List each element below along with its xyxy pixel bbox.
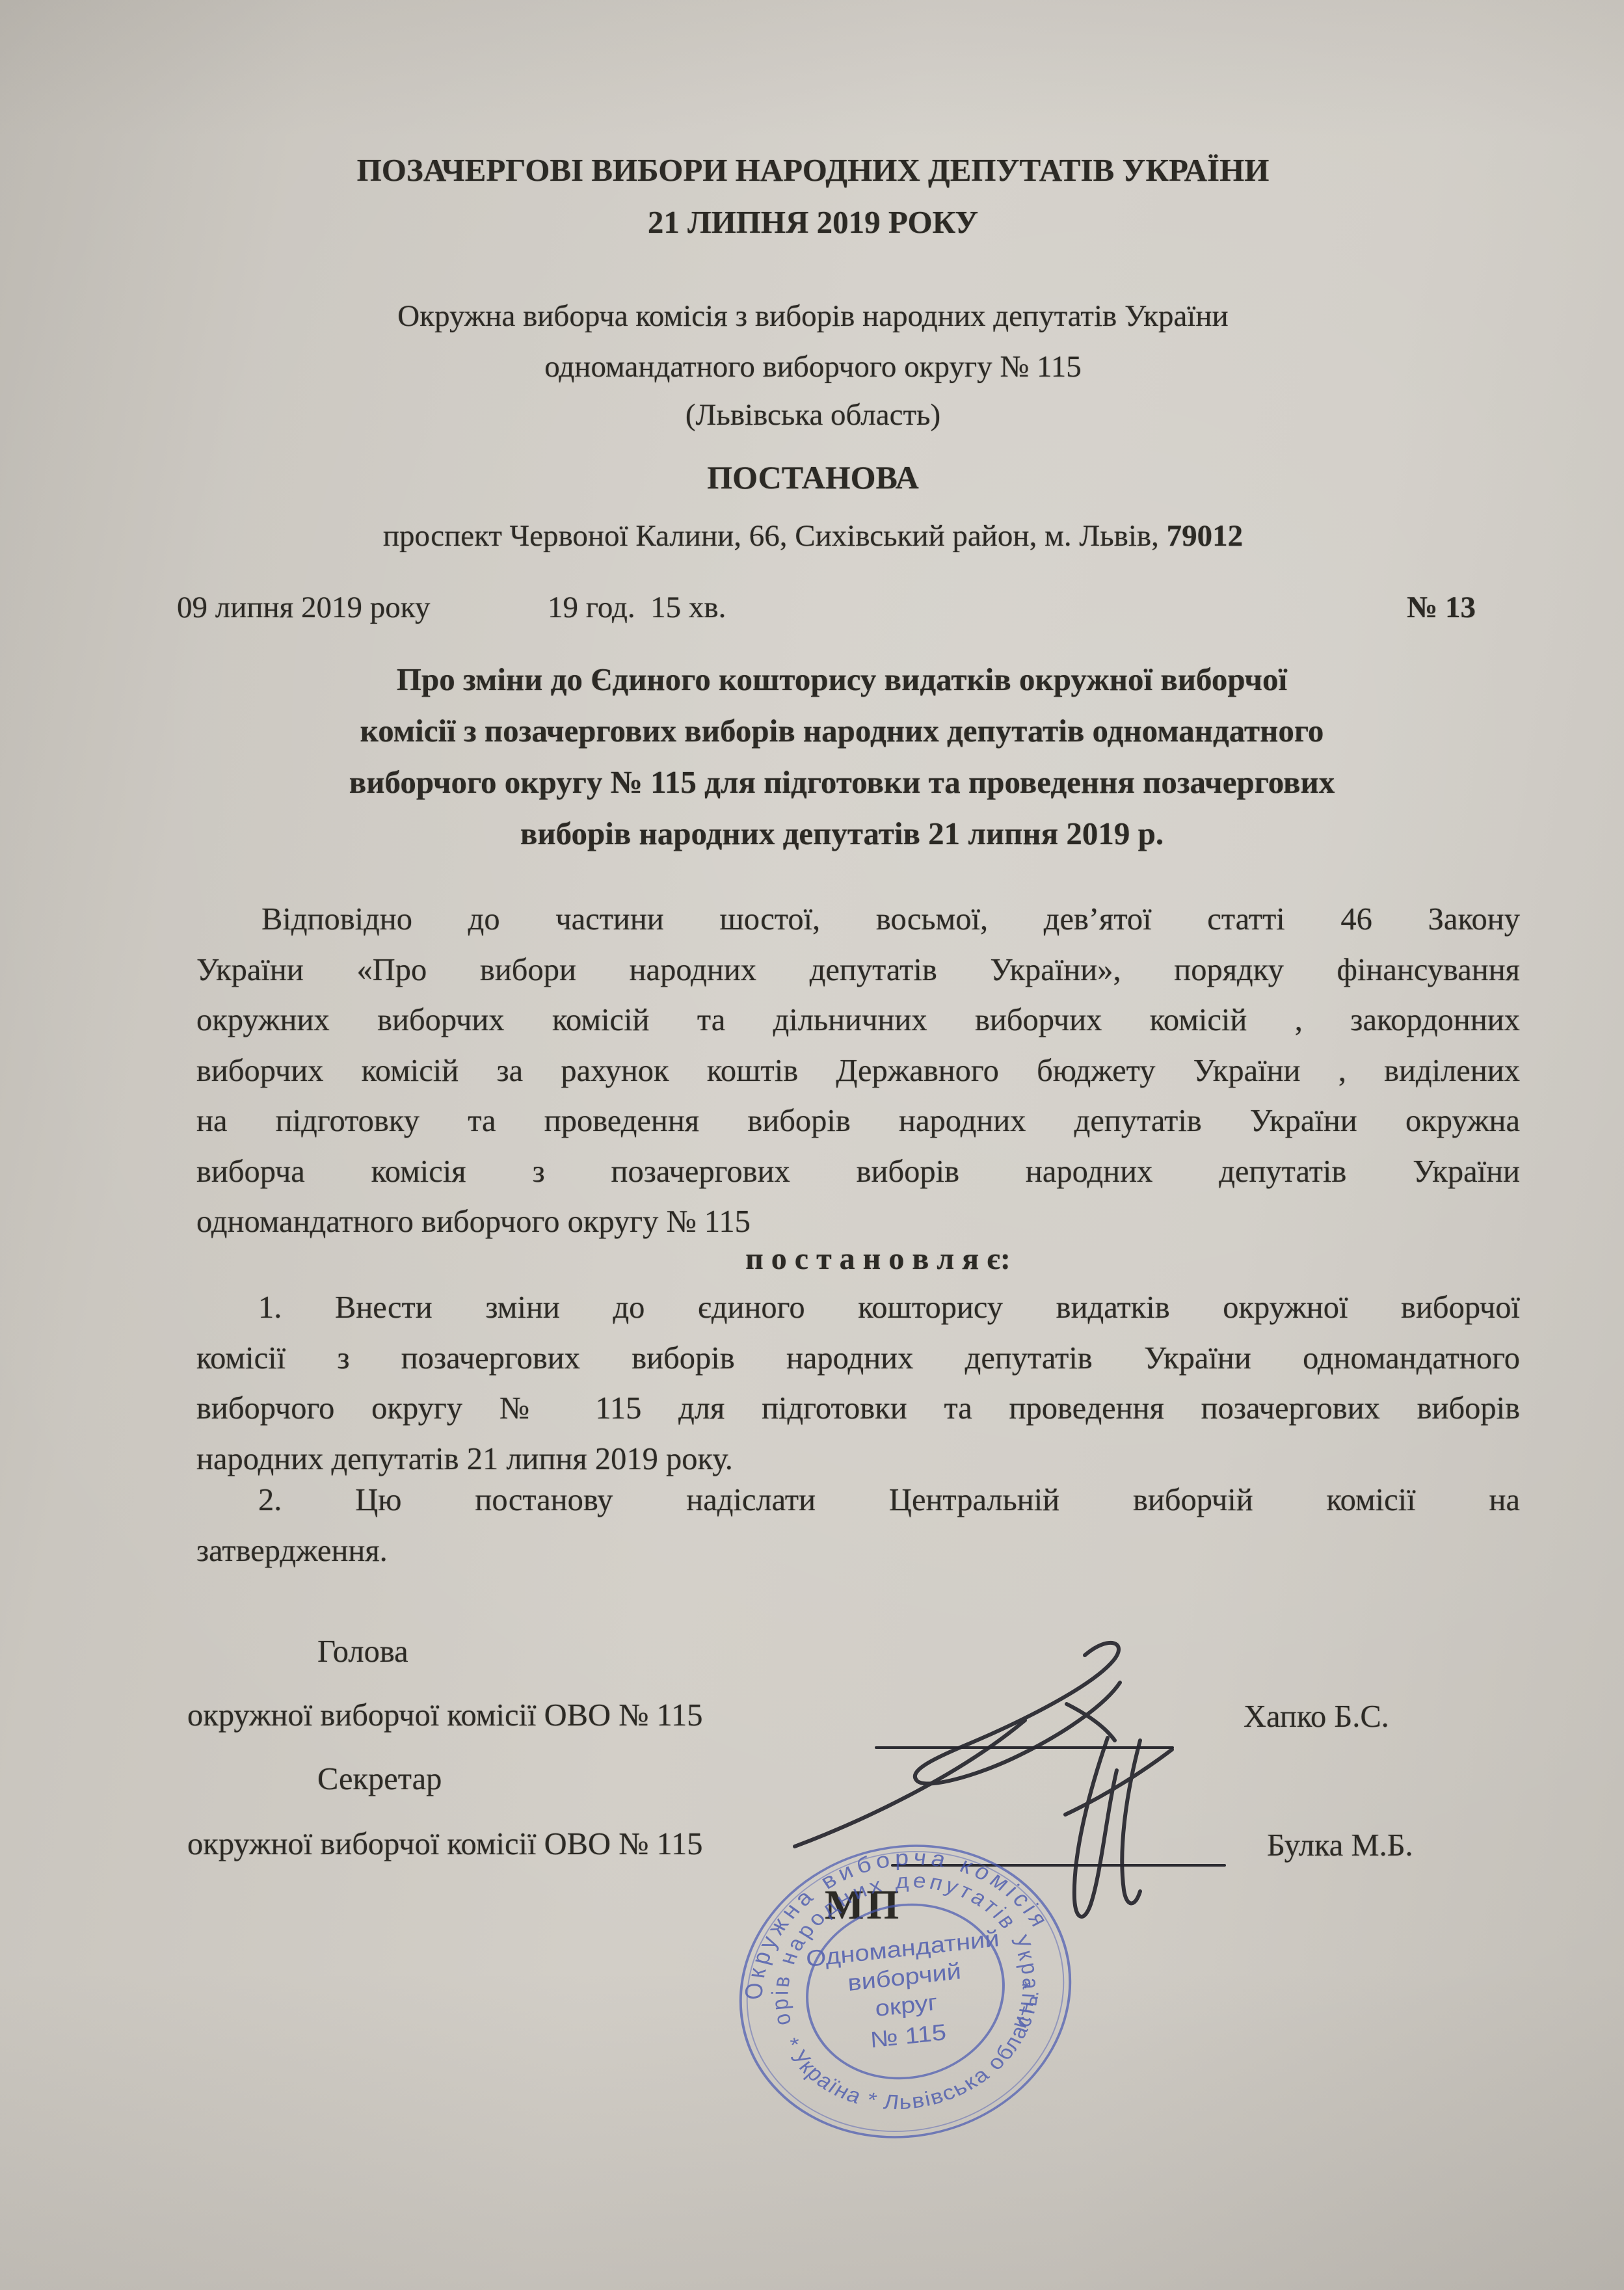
stamp-center-line2: виборчий	[847, 1958, 962, 1996]
chair-title: Голова	[317, 1634, 408, 1670]
text-line: комісії з позачергових виборів народних …	[196, 1333, 1520, 1384]
secretary-name: Булка М.Б.	[1267, 1828, 1413, 1863]
commission-name-line2: одномандатного виборчого округу № 115	[156, 342, 1470, 392]
address-text: проспект Червоної Калини, 66, Сихівський…	[383, 519, 1167, 553]
text-line: 1. Внести зміни до єдиного кошторису вид…	[196, 1283, 1520, 1333]
secretary-signature-line	[891, 1864, 1226, 1867]
stamp-center-line1: Одномандатний	[805, 1925, 1000, 1971]
text-line: на підготовку та проведення виборів наро…	[196, 1096, 1520, 1147]
chair-name: Хапко Б.С.	[1244, 1699, 1389, 1735]
body-paragraph: Відповідно до частини шостої, восьмої, д…	[196, 894, 1520, 1247]
commission-address: проспект Червоної Калини, 66, Сихівський…	[156, 511, 1470, 561]
text-line: 2. Цю постанову надіслати Центральній ви…	[196, 1475, 1520, 1526]
stamp-ring-bottom-text: * Україна * Львівська область *	[776, 1974, 1069, 2142]
text-line: затвердження.	[196, 1526, 1520, 1577]
subject-paragraph: Про зміни до Єдиного кошторису видатків …	[190, 654, 1494, 859]
scanned-document-page: ПОЗАЧЕРГОВІ ВИБОРИ НАРОДНИХ ДЕПУТАТІВ УК…	[0, 0, 1624, 2290]
stamp-inner-circle	[789, 1884, 1022, 2099]
text-line: комісії з позачергових виборів народних …	[190, 705, 1494, 756]
resolution-item-1: 1. Внести зміни до єдиного кошторису вид…	[196, 1283, 1520, 1484]
stamp-center-line3: округ	[874, 1989, 938, 2021]
secretary-handwritten-signature	[1065, 1738, 1172, 1917]
document-number: № 13	[1407, 583, 1476, 632]
text-line: виборчого округу № 115 для підготовки та…	[196, 1383, 1520, 1434]
stamp-ring-mid-text: з виборів народних депутатів України	[741, 1840, 1058, 2095]
text-line: окружних виборчих комісій та дільничних …	[196, 995, 1520, 1046]
text-line: Відповідно до частини шостої, восьмої, д…	[196, 894, 1520, 945]
text-line: України «Про вибори народних депутатів У…	[196, 945, 1520, 996]
text-line: виборчого округу № 115 для підготовки та…	[190, 756, 1494, 808]
text-line: виборчих комісій за рахунок коштів Держа…	[196, 1046, 1520, 1097]
election-title-line1: ПОЗАЧЕРГОВІ ВИБОРИ НАРОДНИХ ДЕПУТАТІВ УК…	[156, 144, 1470, 196]
document-date: 09 липня 2019 року	[177, 583, 430, 632]
chair-signature-line	[875, 1746, 1174, 1749]
stamp-outer-circle-2	[717, 1818, 1094, 2164]
commission-region: (Львівська область)	[156, 390, 1470, 440]
document-time: 19 год. 15 хв.	[548, 583, 726, 632]
stamp-center-line4: № 115	[870, 2019, 947, 2053]
text-line: виборів народних депутатів 21 липня 2019…	[190, 808, 1494, 859]
resolves-label: п о с т а н о в л я є:	[221, 1241, 1535, 1277]
text-line: виборча комісія з позачергових виборів н…	[196, 1147, 1520, 1197]
resolution-item-2: 2. Цю постанову надіслати Центральній ви…	[196, 1475, 1520, 1576]
secretary-organization: окружної виборчої комісії ОВО № 115	[187, 1826, 702, 1862]
postal-code: 79012	[1167, 519, 1244, 553]
commission-name-line1: Окружна виборча комісія з виборів народн…	[156, 291, 1470, 341]
chair-organization: окружної виборчої комісії ОВО № 115	[187, 1698, 702, 1733]
secretary-title: Секретар	[317, 1761, 442, 1797]
document-type-title: ПОСТАНОВА	[156, 459, 1470, 496]
text-line: одномандатного виборчого округу № 115	[196, 1197, 1520, 1247]
seal-place-mark: МП	[825, 1881, 901, 1929]
election-title-line2: 21 ЛИПНЯ 2019 РОКУ	[156, 196, 1470, 248]
stamp-center-text: Одномандатний виборчий округ № 115	[805, 1925, 1005, 2058]
chair-handwritten-signature	[795, 1643, 1120, 1846]
text-line: Про зміни до Єдиного кошторису видатків …	[190, 654, 1494, 705]
